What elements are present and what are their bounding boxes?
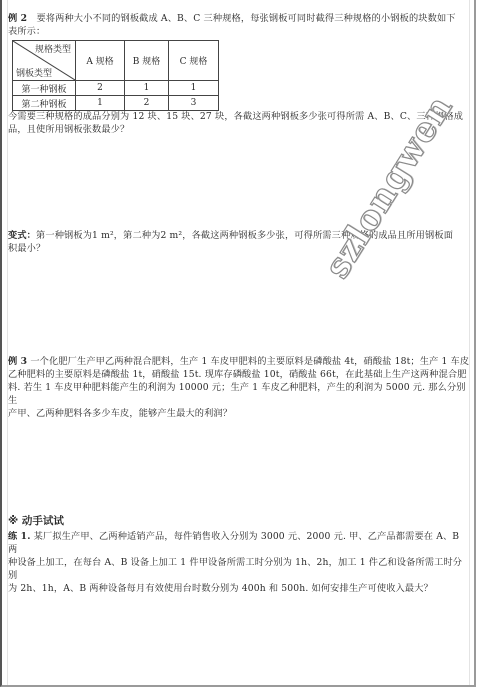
cell-value: 1 [169, 81, 219, 96]
header-c: C 规格 [169, 41, 219, 81]
variant-text-line2: 积最小？ [8, 243, 45, 254]
example2-text-line2: 表所示： [8, 26, 45, 37]
cell-value: 1 [76, 96, 125, 111]
table-corner-cell: 规格类型 钢板类型 [13, 41, 76, 81]
practice-line: 为 2h、1h，A、B 两种设备每月有效使用台时数分别为 400h 和 500h… [8, 583, 433, 594]
example3-label: 例 3 [8, 356, 27, 367]
header-a: A 规格 [76, 41, 125, 81]
table-row: 第一种钢板 2 1 1 [13, 81, 219, 96]
cell-value: 1 [125, 81, 169, 96]
example2-label: 例 2 [8, 13, 27, 24]
example3-block: 例 3 一个化肥厂生产甲乙两种混合肥料，生产 1 车皮甲肥料的主要原料是磷酸盐 … [8, 355, 470, 420]
variant-block: 变式：第一种钢板为1 m²，第二种为2 m²，各截这两种钢板多少张，可得所需三种… [8, 229, 470, 255]
practice-line: 某厂拟生产甲、乙两种适销产品，每件销售收入分别为 3000 元、2000 元. … [8, 531, 459, 555]
example2-intro: 例 2 要将两种大小不同的钢板截成 A、B、C 三种规格，每张钢板可同时截得三种… [8, 12, 470, 38]
steel-spec-table: 规格类型 钢板类型 A 规格 B 规格 C 规格 第一种钢板 2 1 1 第二种… [12, 40, 219, 111]
cell-value: 3 [169, 96, 219, 111]
corner-top-label: 规格类型 [35, 42, 71, 55]
table-row: 第二种钢板 1 2 3 [13, 96, 219, 111]
variant-text-line1: 第一种钢板为1 m²，第二种为2 m²，各截这两种钢板多少张，可得所需三种规格的… [36, 230, 453, 241]
row-name: 第一种钢板 [13, 81, 76, 96]
example2-question-line2: 品，且使所用钢板张数最少？ [8, 124, 129, 135]
practice-block: 练 1. 某厂拟生产甲、乙两种适销产品，每件销售收入分别为 3000 元、200… [8, 530, 470, 595]
variant-label: 变式： [8, 230, 36, 241]
example3-line: 一个化肥厂生产甲乙两种混合肥料，生产 1 车皮甲肥料的主要原料是磷酸盐 4t，硝… [30, 356, 469, 367]
cell-value: 2 [125, 96, 169, 111]
header-b: B 规格 [125, 41, 169, 81]
example2-question-line1: 今需要三种规格的成品分别为 12 块、15 块、27 块，各截这两种钢板多少张可… [8, 111, 463, 122]
corner-bottom-label: 钢板类型 [16, 66, 52, 79]
example3-line: 产甲、乙两种肥料各多少车皮，能够产生最大的利润？ [8, 408, 232, 419]
practice-line: 种设备上加工，在每台 A、B 设备上加工 1 件甲设备所需工时分别为 1h、2h… [8, 557, 462, 581]
practice-heading: ※ 动手试试 [8, 513, 64, 528]
example2-text-line1: 要将两种大小不同的钢板截成 A、B、C 三种规格，每张钢板可同时截得三种规格的小… [36, 13, 455, 24]
example3-line: 料. 若生 1 车皮甲种肥料能产生的利润为 10000 元；生产 1 车皮乙种肥… [8, 382, 466, 406]
practice-label: 练 1. [8, 531, 31, 542]
cell-value: 2 [76, 81, 125, 96]
document-page: 例 2 要将两种大小不同的钢板截成 A、B、C 三种规格，每张钢板可同时截得三种… [0, 0, 476, 687]
example3-line: 乙种肥料的主要原料是磷酸盐 1t，硝酸盐 15t. 现库存磷酸盐 10t，硝酸盐… [8, 369, 467, 380]
row-name: 第二种钢板 [13, 96, 76, 111]
